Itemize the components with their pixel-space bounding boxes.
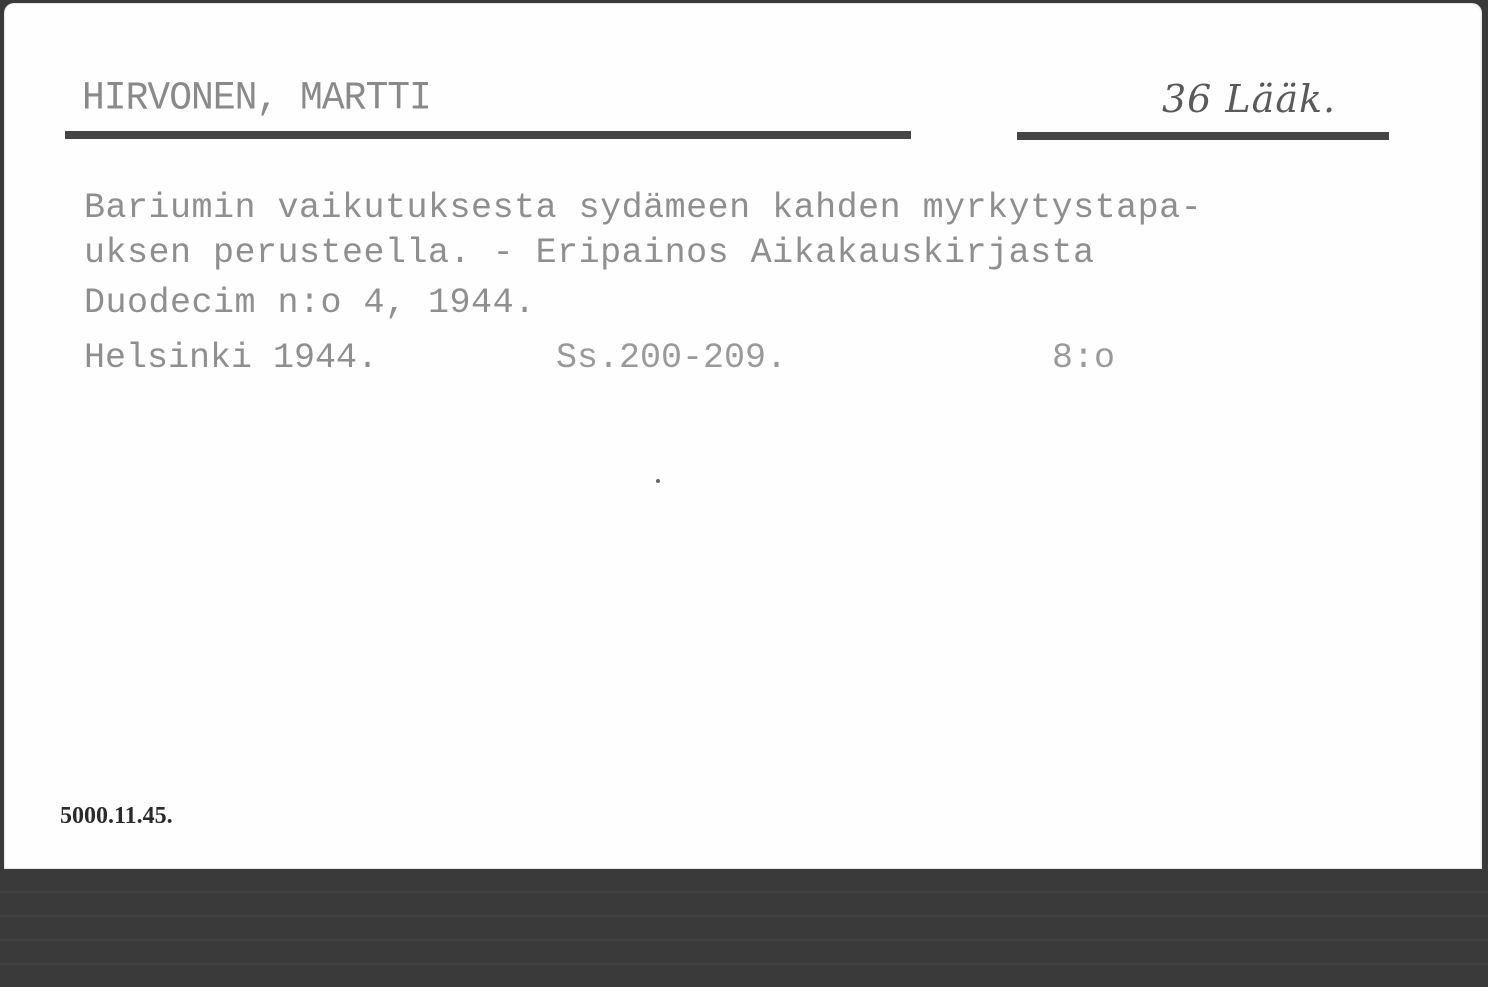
imprint-format: 8:o [1052, 338, 1115, 378]
title-line-1: Bariumin vaikutuksesta sydämeen kahden m… [84, 188, 1202, 228]
imprint-pages: Ss.200-209. [556, 338, 787, 378]
ink-speck [656, 479, 660, 483]
title-line-2: uksen perusteella. - Eripainos Aikakausk… [84, 233, 1095, 273]
card-print-code: 5000.11.45. [60, 803, 173, 830]
title-line-3: Duodecim n:o 4, 1944. [84, 283, 536, 323]
scan-background-band [0, 869, 1488, 987]
author-heading: HIRVONEN, MARTTI [82, 76, 431, 121]
heading-rule-right [1017, 132, 1389, 140]
imprint-place-year: Helsinki 1944. [84, 338, 378, 378]
catalog-card: HIRVONEN, MARTTI 36 Lääk. Bariumin vaiku… [4, 3, 1482, 869]
handwritten-shelfmark: 36 Lääk. [1162, 77, 1336, 121]
heading-rule-left [65, 131, 911, 139]
